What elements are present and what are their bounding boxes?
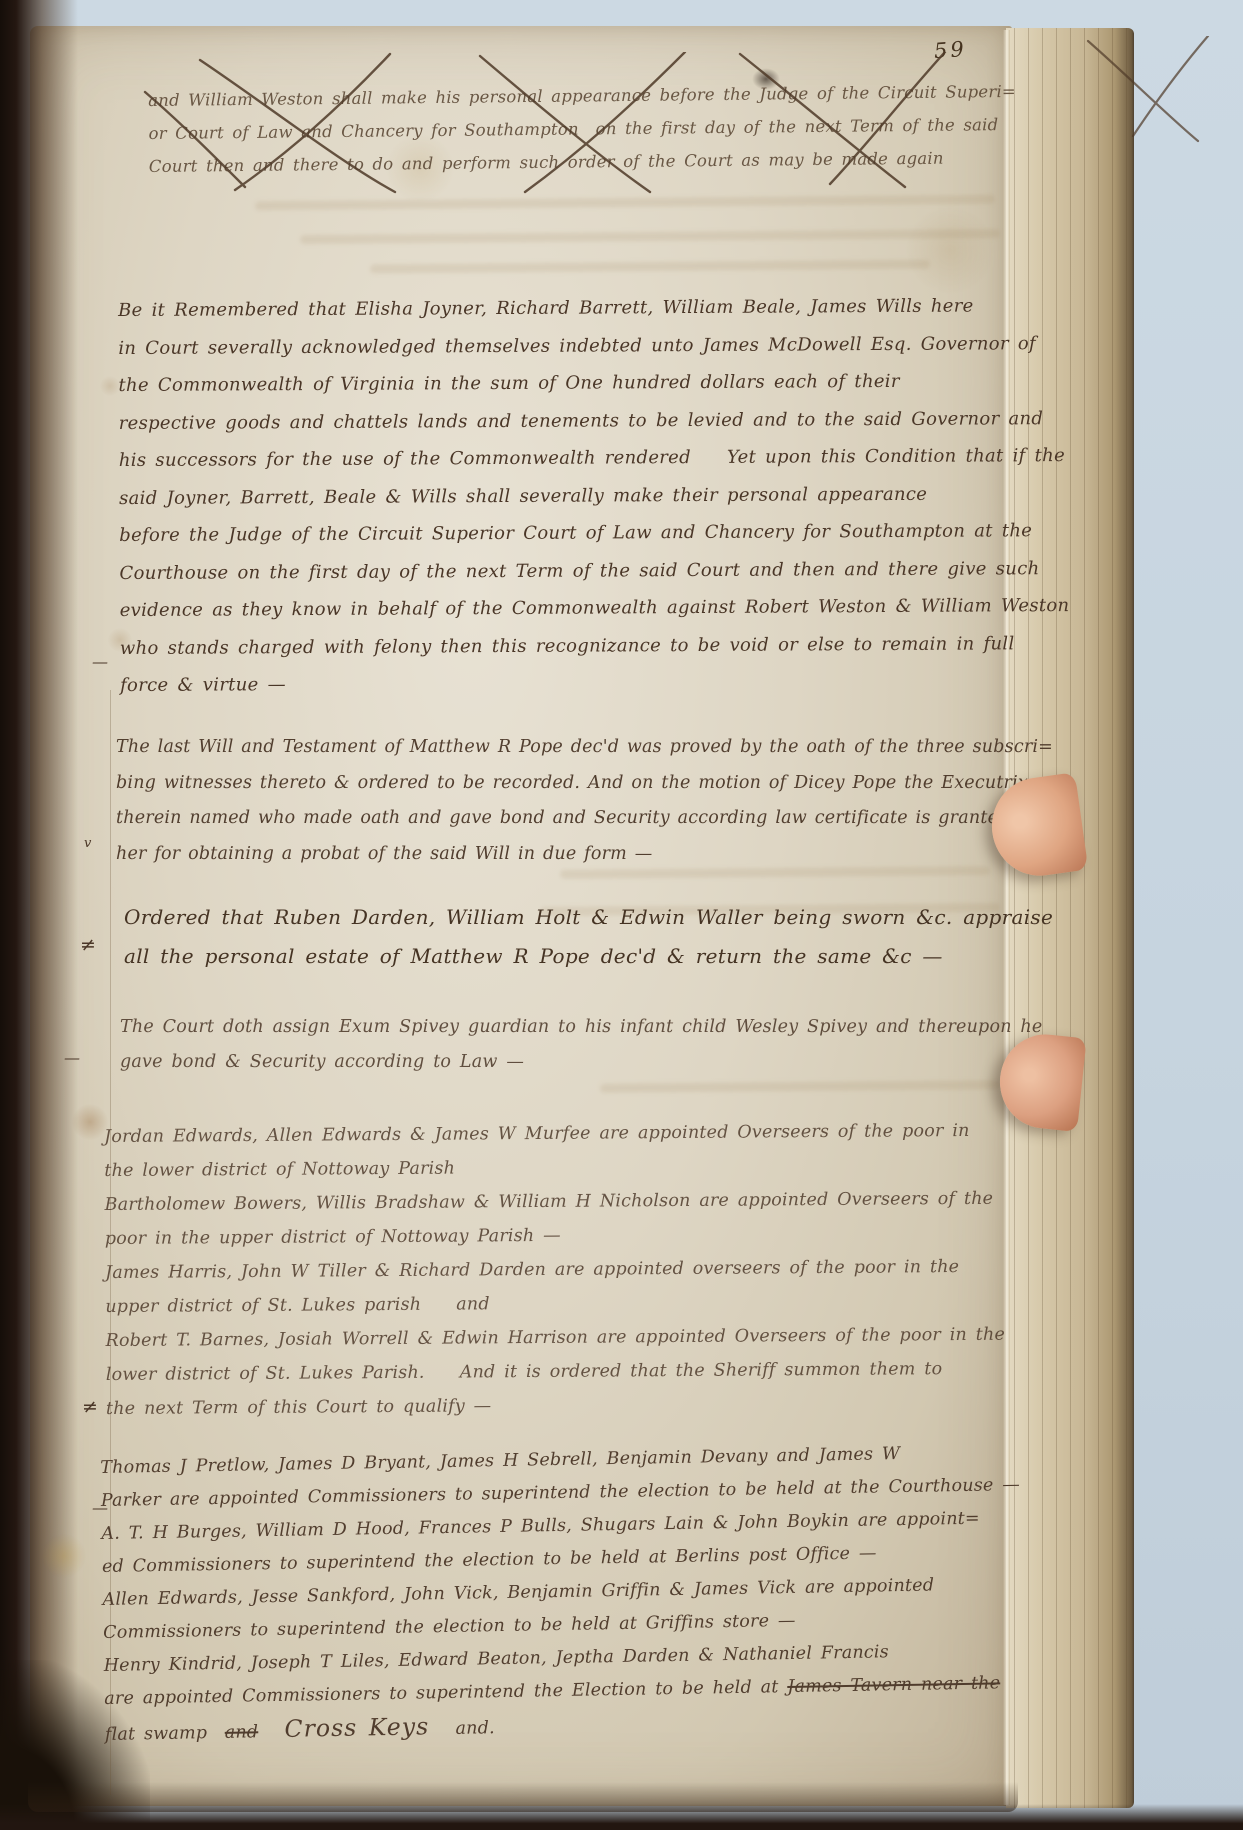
manuscript-line: Bartholomew Bowers, Willis Bradshaw & Wi…: [104, 1182, 1004, 1222]
photo-bottom-edge: [0, 1804, 1243, 1830]
text-segment: flat swamp: [105, 1723, 225, 1745]
text-segment: [258, 1722, 285, 1742]
struck-text: James Tavern near the: [787, 1673, 1000, 1697]
handwritten-text-layer: 59 and William Weston shall make his per…: [0, 0, 1243, 1830]
manuscript-line: said Joyner, Barrett, Beale & Wills shal…: [119, 475, 1069, 517]
manuscript-line: who stands charged with felony then this…: [120, 625, 1070, 667]
struck-text: and: [225, 1722, 259, 1743]
manuscript-line: Courthouse on the first day of the next …: [119, 550, 1069, 592]
text-segment: Cross Keys: [284, 1712, 429, 1743]
manuscript-line: The last Will and Testament of Matthew R…: [116, 730, 1053, 766]
entry-recognizance: Be it Remembered that Elisha Joyner, Ric…: [118, 287, 1070, 704]
entry-guardianship: The Court doth assign Exum Spivey guardi…: [120, 1010, 1042, 1080]
margin-mark: ≠: [82, 1396, 98, 1418]
manuscript-line: Jordan Edwards, Allen Edwards & James W …: [104, 1114, 1004, 1154]
manuscript-line: before the Judge of the Circuit Superior…: [119, 512, 1069, 554]
manuscript-line: The Court doth assign Exum Spivey guardi…: [120, 1010, 1042, 1045]
entry-overseers: Jordan Edwards, Allen Edwards & James W …: [104, 1114, 1006, 1426]
manuscript-line: respective goods and chattels lands and …: [119, 400, 1069, 442]
manuscript-line: in Court severally acknowledged themselv…: [118, 325, 1068, 367]
manuscript-line: evidence as they know in behalf of the C…: [120, 587, 1070, 629]
manuscript-line: therein named who made oath and gave bon…: [116, 801, 1053, 837]
stray-strokes: [1058, 36, 1228, 146]
manuscript-line: James Harris, John W Tiller & Richard Da…: [105, 1250, 1005, 1290]
manuscript-line: gave bond & Security according to Law —: [120, 1045, 1042, 1080]
manuscript-line: all the personal estate of Matthew R Pop…: [124, 937, 1053, 976]
margin-mark: —: [92, 1498, 108, 1517]
margin-mark: ≠: [80, 934, 96, 956]
entry-will-probate: The last Will and Testament of Matthew R…: [116, 730, 1053, 872]
text-segment: are appointed Commissioners to superinte…: [104, 1677, 787, 1709]
margin-mark: v: [84, 836, 91, 851]
manuscript-line: force & virtue —: [120, 662, 1070, 704]
manuscript-line: the next Term of this Court to qualify —: [106, 1386, 1006, 1426]
manuscript-line: lower district of St. Lukes Parish. And …: [106, 1352, 1006, 1392]
cancellation-strokes: [140, 52, 970, 197]
manuscript-line: bing witnesses thereto & ordered to be r…: [116, 766, 1053, 802]
margin-mark: —: [92, 652, 108, 671]
manuscript-line: her for obtaining a probat of the said W…: [116, 837, 1053, 873]
manuscript-line: his successors for the use of the Common…: [119, 437, 1069, 479]
entry-appraisal-order: Ordered that Ruben Darden, William Holt …: [124, 898, 1053, 976]
photo-of-manuscript-page: 59 and William Weston shall make his per…: [0, 0, 1243, 1830]
manuscript-line: Be it Remembered that Elisha Joyner, Ric…: [118, 287, 1068, 329]
text-segment: and.: [429, 1718, 495, 1739]
manuscript-line: Ordered that Ruben Darden, William Holt …: [124, 898, 1053, 937]
margin-mark: —: [64, 1048, 80, 1067]
entry-commissioners: Thomas J Pretlow, James D Bryant, James …: [100, 1436, 1024, 1752]
manuscript-line: the Commonwealth of Virginia in the sum …: [118, 362, 1068, 404]
